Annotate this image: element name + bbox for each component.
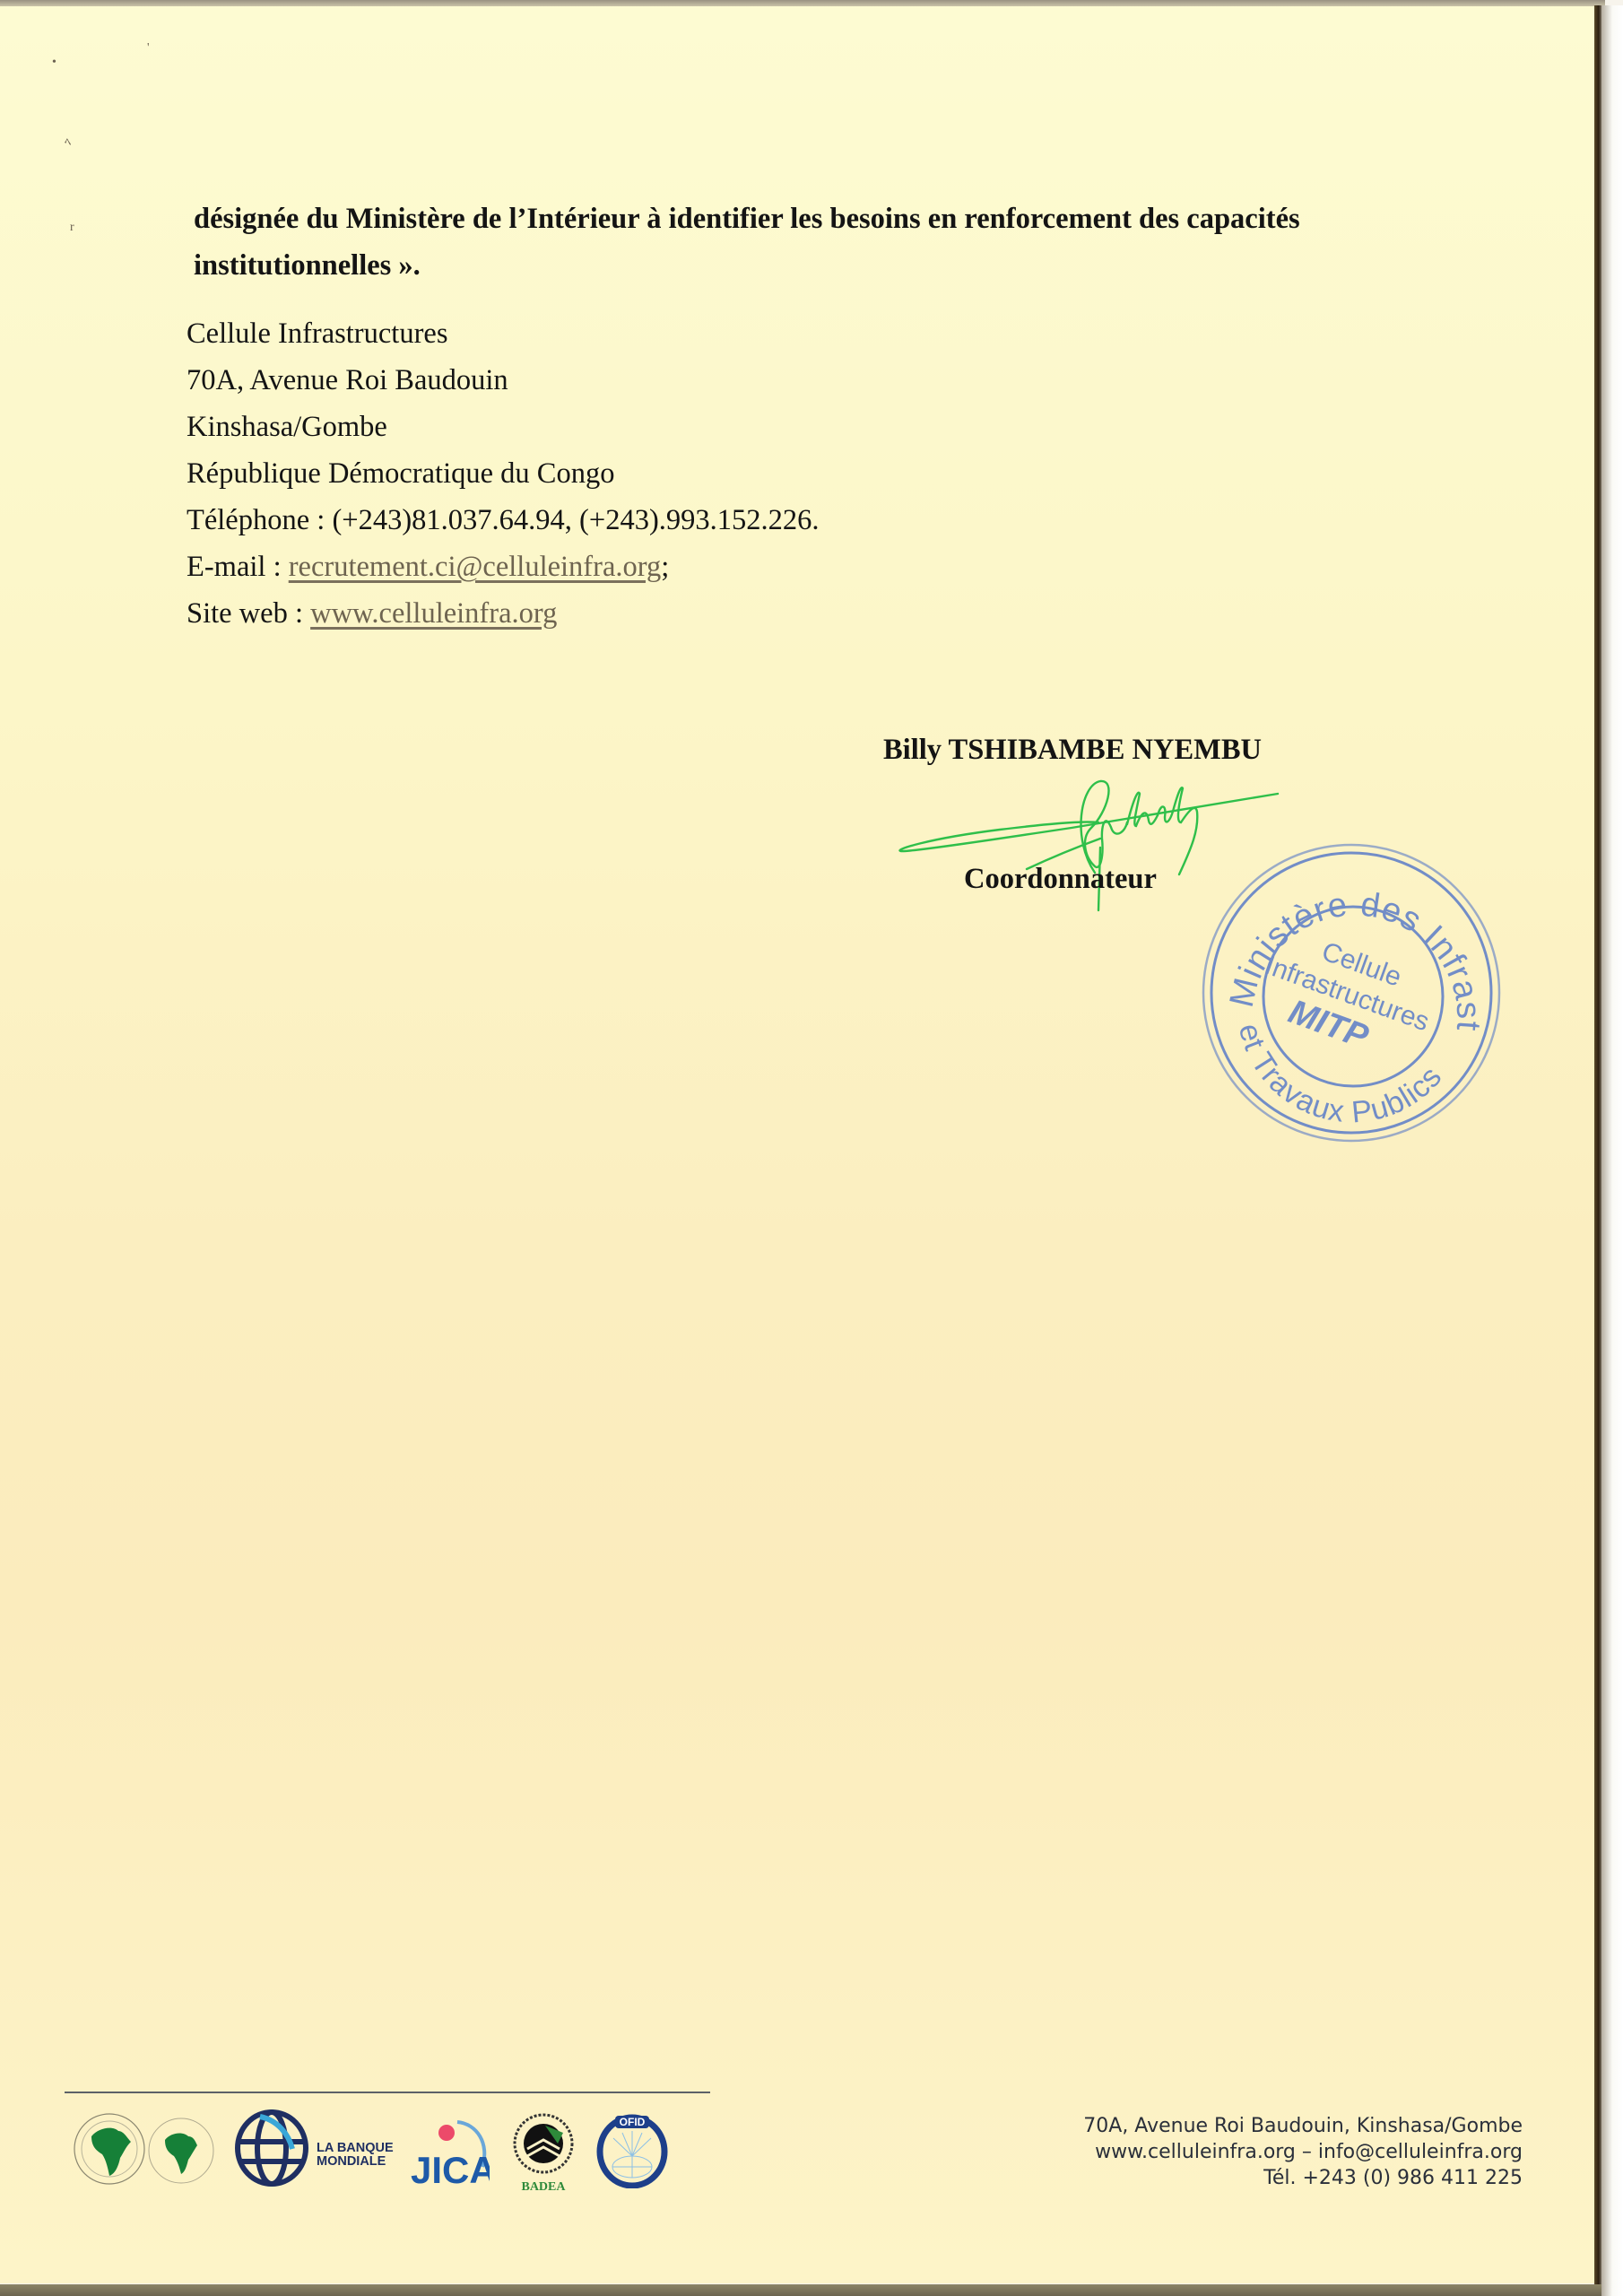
address-email: E-mail : recrutement.ci@celluleinfra.org… — [187, 544, 820, 590]
address-website: Site web : www.celluleinfra.org — [187, 590, 820, 637]
address-organization: Cellule Infrastructures — [187, 310, 820, 357]
afdb-africa-logo-icon — [72, 2111, 147, 2187]
footer-contact-block: 70A, Avenue Roi Baudouin, Kinshasa/Gombe… — [1083, 2113, 1523, 2191]
phone-label: Téléphone : — [187, 504, 332, 536]
email-label: E-mail : — [187, 551, 289, 583]
official-seal-stamp-icon: Ministère des Infrastructures et Travaux… — [1197, 839, 1506, 1148]
scan-speck: ﾍ — [65, 133, 71, 151]
contact-address-block: Cellule Infrastructures 70A, Avenue Roi … — [187, 310, 820, 637]
ofid-logo-icon: OFID — [595, 2111, 669, 2188]
address-street: 70A, Avenue Roi Baudouin — [187, 357, 820, 404]
email-link[interactable]: recrutement.ci@celluleinfra.org — [289, 551, 662, 583]
badea-logo-icon: BADEA — [511, 2108, 576, 2194]
partner-logos: LA BANQUE MONDIALE JICA BADEA OFID — [72, 2106, 717, 2196]
address-country: République Démocratique du Congo — [187, 450, 820, 497]
footer-phone: Tél. +243 (0) 986 411 225 — [1083, 2165, 1523, 2191]
phone-value: (+243)81.037.64.94, (+243).993.152.226. — [332, 504, 819, 536]
email-suffix: ; — [661, 551, 669, 583]
scan-speck: ' — [147, 41, 150, 56]
address-city: Kinshasa/Gombe — [187, 404, 820, 450]
jica-wordmark: JICA — [411, 2149, 490, 2191]
footer-address: 70A, Avenue Roi Baudouin, Kinshasa/Gombe — [1083, 2113, 1523, 2139]
world-bank-label: LA BANQUE MONDIALE — [317, 2142, 394, 2169]
scan-speck: r — [70, 221, 74, 235]
ofid-wordmark: OFID — [620, 2116, 646, 2128]
signatory-title: Coordonnateur — [964, 863, 1157, 896]
badea-wordmark: BADEA — [521, 2180, 566, 2194]
body-line: institutionnelles ». — [194, 242, 1494, 289]
world-bank-globe-logo-icon — [233, 2108, 310, 2188]
footer-divider — [65, 2092, 710, 2093]
adf-africa-logo-icon — [145, 2115, 217, 2187]
page-right-edge — [1594, 5, 1601, 2289]
page-top-edge — [0, 0, 1605, 6]
address-phone: Téléphone : (+243)81.037.64.94, (+243).9… — [187, 497, 820, 544]
website-label: Site web : — [187, 597, 310, 630]
page-bottom-edge — [0, 2284, 1601, 2296]
scan-margin — [1601, 5, 1623, 2296]
website-link[interactable]: www.celluleinfra.org — [310, 597, 557, 630]
letter-body-paragraph: désignée du Ministère de l’Intérieur à i… — [194, 196, 1494, 289]
jica-logo-icon: JICA — [405, 2117, 490, 2192]
signatory-name: Billy TSHIBAMBE NYEMBU — [883, 734, 1262, 767]
scan-speck: • — [52, 56, 56, 70]
body-line: désignée du Ministère de l’Intérieur à i… — [194, 196, 1494, 242]
footer-web-email[interactable]: www.celluleinfra.org – info@celluleinfra… — [1083, 2139, 1523, 2165]
